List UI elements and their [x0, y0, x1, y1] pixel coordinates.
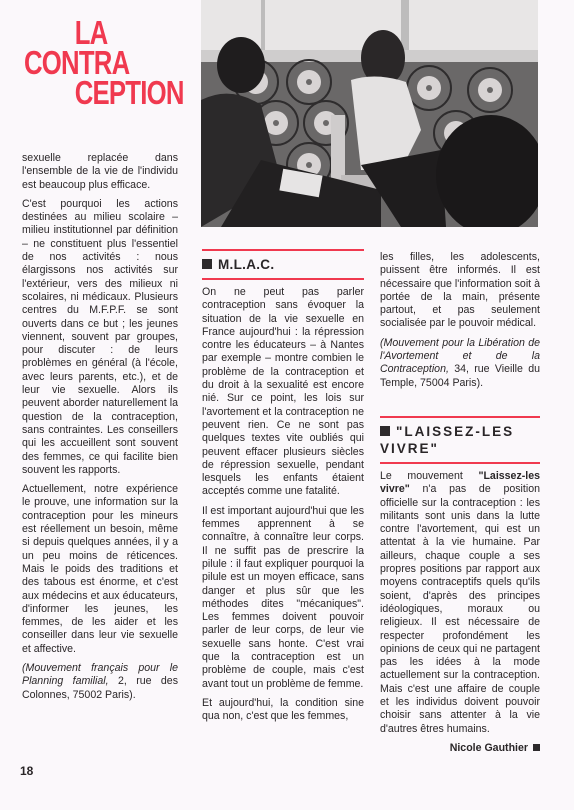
column-mfpf: sexuelle replacée dans l'ensemble de la …	[22, 152, 178, 708]
paragraph: Il est important aujourd'hui que les fem…	[202, 505, 364, 691]
photograph	[201, 0, 538, 227]
page-number: 18	[20, 764, 33, 778]
paragraph: On ne peut pas parler contraception sans…	[202, 286, 364, 499]
mlac-continuation: les filles, les adolescents, puissent êt…	[380, 251, 540, 396]
section-laissez-les-vivre: "LAISSEZ-LES VIVRE" Le mouvement "Laisse…	[380, 416, 540, 755]
paragraph: Actuellement, notre expérience le prouve…	[22, 483, 178, 656]
divider-rule	[380, 462, 540, 464]
section-heading: M.L.A.C.	[202, 256, 364, 273]
square-bullet-icon	[380, 426, 390, 436]
photo-illustration	[201, 0, 538, 227]
author-signature: Nicole Gauthier	[380, 742, 540, 755]
paragraph: Et aujourd'hui, la condition sine qua no…	[202, 697, 364, 724]
mlac-credit: (Mouvement pour la Libération de l'Avort…	[380, 337, 540, 390]
mfpf-credit: (Mouvement français pour le Planning fam…	[22, 662, 178, 702]
article-title: LA CONTRA CEPTION	[24, 18, 157, 108]
divider-rule	[202, 278, 364, 280]
section-mlac: M.L.A.C. On ne peut pas parler contracep…	[202, 249, 364, 730]
square-bullet-icon	[202, 259, 212, 269]
paragraph: Le mouvement "Laissez-les vivre" n'a pas…	[380, 470, 540, 736]
paragraph: sexuelle replacée dans l'ensemble de la …	[22, 152, 178, 192]
divider-rule	[202, 249, 364, 251]
paragraph: C'est pourquoi les actions destinées au …	[22, 198, 178, 477]
title-line-3: CEPTION	[75, 78, 157, 108]
divider-rule	[380, 416, 540, 418]
section-heading: "LAISSEZ-LES VIVRE"	[380, 423, 540, 457]
end-mark-icon	[533, 744, 540, 751]
paragraph: les filles, les adolescents, puissent êt…	[380, 251, 540, 331]
